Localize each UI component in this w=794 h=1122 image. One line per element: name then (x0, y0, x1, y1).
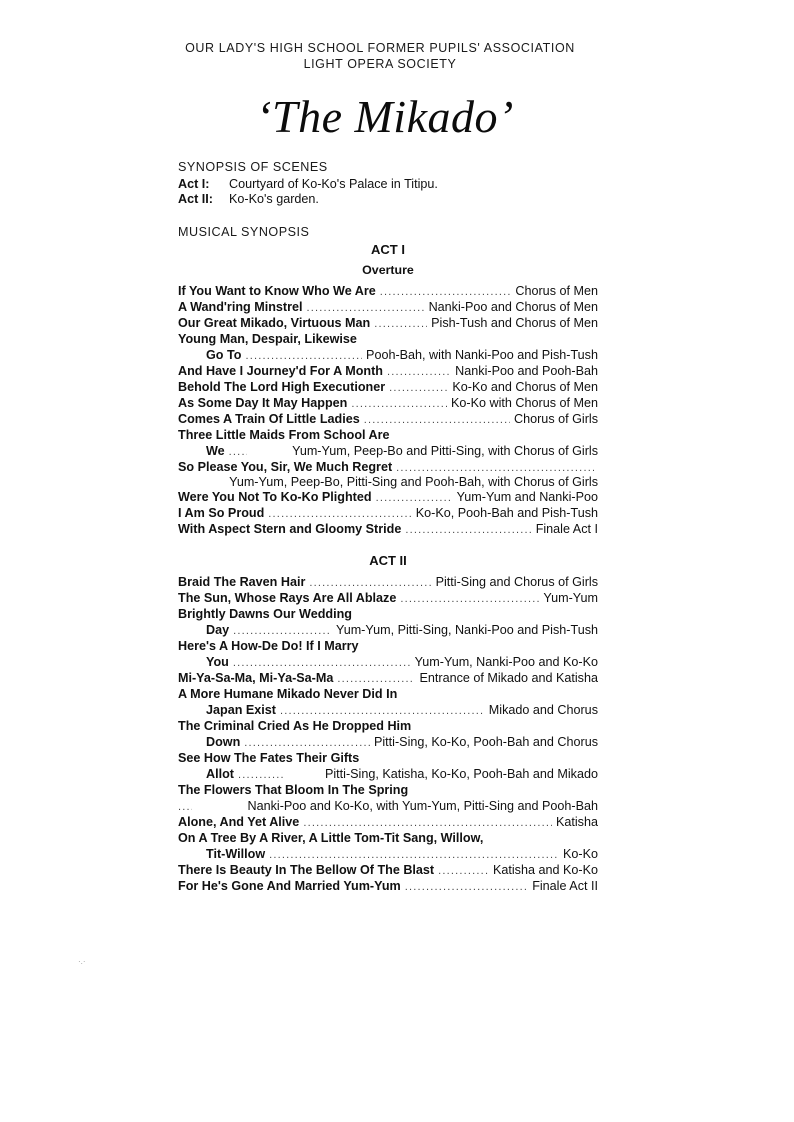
list-item: There Is Beauty In The Bellow Of The Bla… (178, 862, 598, 878)
leader-dots (229, 444, 247, 460)
organization-line-1: OUR LADY'S HIGH SCHOOL FORMER PUPILS' AS… (0, 41, 760, 55)
performers: Katisha and Ko-Ko (493, 862, 598, 878)
performers: Ko-Ko, Pooh-Bah and Pish-Tush (416, 505, 598, 521)
list-item-title-line: See How The Fates Their Gifts (178, 750, 598, 766)
song-title: The Sun, Whose Rays Are All Ablaze (178, 590, 396, 606)
performers: Nanki-Poo and Pooh-Bah (455, 363, 598, 379)
leader-dots (307, 300, 425, 316)
song-title: Brightly Dawns Our Wedding (178, 606, 352, 622)
song-title-continued: We (206, 443, 225, 459)
song-title: As Some Day It May Happen (178, 395, 347, 411)
leader-dots (387, 364, 451, 380)
leader-dots (396, 460, 594, 476)
song-title: A More Humane Mikado Never Did In (178, 686, 397, 702)
song-title-continued: Day (206, 622, 229, 638)
performers: Pish-Tush and Chorus of Men (431, 315, 598, 331)
list-item: Go ToPooh-Bah, with Nanki-Poo and Pish-T… (178, 347, 598, 363)
song-title-continued: Allot (206, 766, 234, 782)
performers: Pitti-Sing, Ko-Ko, Pooh-Bah and Chorus (374, 734, 598, 750)
song-title: A Wand'ring Minstrel (178, 299, 303, 315)
song-title: Were You Not To Ko-Ko Plighted (178, 489, 372, 505)
performers: Mikado and Chorus (489, 702, 598, 718)
list-item: Tit-WillowKo-Ko (178, 846, 598, 862)
leader-dots (233, 623, 332, 639)
list-item: Japan ExistMikado and Chorus (178, 702, 598, 718)
leader-dots (389, 380, 448, 396)
song-title: And Have I Journey'd For A Month (178, 363, 383, 379)
leader-dots (405, 522, 531, 538)
list-item: The Sun, Whose Rays Are All AblazeYum-Yu… (178, 590, 598, 606)
leader-dots (405, 879, 528, 895)
list-item: If You Want to Know Who We AreChorus of … (178, 283, 598, 299)
leader-dots (280, 703, 485, 719)
performers: Pooh-Bah, with Nanki-Poo and Pish-Tush (366, 347, 598, 363)
leader-dots (400, 591, 539, 607)
leader-dots (309, 575, 431, 591)
leader-dots (238, 767, 284, 783)
organization-line-2: LIGHT OPERA SOCIETY (0, 57, 760, 71)
performers: Yum-Yum, Nanki-Poo and Ko-Ko (415, 654, 598, 670)
song-title: Young Man, Despair, Likewise (178, 331, 357, 347)
song-title: Mi-Ya-Sa-Ma, Mi-Ya-Sa-Ma (178, 670, 333, 686)
scene-act-2: Act II:Ko-Ko's garden. (178, 192, 598, 206)
song-title: The Flowers That Bloom In The Spring (178, 782, 408, 798)
song-title-continued: Go To (206, 347, 241, 363)
list-item: As Some Day It May HappenKo-Ko with Chor… (178, 395, 598, 411)
song-title-continued: You (206, 654, 229, 670)
performers: Yum-Yum (543, 590, 598, 606)
list-item: YouYum-Yum, Nanki-Poo and Ko-Ko (178, 654, 598, 670)
list-item: I Am So ProudKo-Ko, Pooh-Bah and Pish-Tu… (178, 505, 598, 521)
scene-act-label: Act I: (178, 177, 229, 191)
song-title: Here's A How-De Do! If I Marry (178, 638, 359, 654)
song-title: See How The Fates Their Gifts (178, 750, 359, 766)
list-item: Behold The Lord High ExecutionerKo-Ko an… (178, 379, 598, 395)
leader-dots (374, 316, 427, 332)
leader-dots (233, 655, 411, 671)
scene-setting: Courtyard of Ko-Ko's Palace in Titipu. (229, 177, 438, 191)
performers: Katisha (556, 814, 598, 830)
list-item: Our Great Mikado, Virtuous ManPish-Tush … (178, 315, 598, 331)
page-title: ‘The Mikado’ (0, 90, 770, 143)
list-item: WeYum-Yum, Peep-Bo and Pitti-Sing, with … (178, 443, 598, 459)
list-item-title-line: Young Man, Despair, Likewise (178, 331, 598, 347)
leader-dots (178, 799, 192, 815)
leader-dots (244, 735, 370, 751)
leader-dots (351, 396, 447, 412)
programme-page: OUR LADY'S HIGH SCHOOL FORMER PUPILS' AS… (0, 0, 794, 1122)
act-2-numbers: Braid The Raven HairPitti-Sing and Choru… (178, 574, 598, 894)
list-item: A Wand'ring MinstrelNanki-Poo and Chorus… (178, 299, 598, 315)
musical-synopsis-heading: MUSICAL SYNOPSIS (178, 225, 598, 239)
leader-dots (303, 815, 552, 831)
song-title-continued: Japan Exist (206, 702, 276, 718)
song-title: For He's Gone And Married Yum-Yum (178, 878, 401, 894)
song-title: Behold The Lord High Executioner (178, 379, 385, 395)
song-title: So Please You, Sir, We Much Regret (178, 459, 392, 475)
performers: Nanki-Poo and Chorus of Men (429, 299, 598, 315)
list-item-title-line: Brightly Dawns Our Wedding (178, 606, 598, 622)
song-title: Our Great Mikado, Virtuous Man (178, 315, 370, 331)
performers: Chorus of Men (515, 283, 598, 299)
musical-synopsis: MUSICAL SYNOPSIS ACT I Overture If You W… (178, 225, 598, 894)
scene-act-1: Act I:Courtyard of Ko-Ko's Palace in Tit… (178, 177, 598, 191)
song-title: I Am So Proud (178, 505, 264, 521)
song-title-continued: Tit-Willow (206, 846, 265, 862)
act-1-heading: ACT I (178, 242, 598, 257)
scan-speck: ·.· (78, 957, 92, 963)
list-item: For He's Gone And Married Yum-YumFinale … (178, 878, 598, 894)
list-item: Comes A Train Of Little LadiesChorus of … (178, 411, 598, 427)
performers: Ko-Ko with Chorus of Men (451, 395, 598, 411)
list-item: So Please You, Sir, We Much Regret (178, 459, 598, 475)
performers: Pitti-Sing and Chorus of Girls (436, 574, 598, 590)
leader-dots (364, 412, 510, 428)
leader-dots (380, 284, 512, 300)
list-item-title-line: The Flowers That Bloom In The Spring (178, 782, 598, 798)
list-item: Braid The Raven HairPitti-Sing and Choru… (178, 574, 598, 590)
list-item-title-line: The Criminal Cried As He Dropped Him (178, 718, 598, 734)
scene-act-label: Act II: (178, 192, 229, 206)
list-item: And Have I Journey'd For A MonthNanki-Po… (178, 363, 598, 379)
performers: Finale Act II (532, 878, 598, 894)
song-title: The Criminal Cried As He Dropped Him (178, 718, 411, 734)
scene-setting: Ko-Ko's garden. (229, 192, 319, 206)
song-title-continued: Down (206, 734, 240, 750)
performers: Finale Act I (536, 521, 598, 537)
leader-dots (245, 348, 362, 364)
performers: Ko-Ko (563, 846, 598, 862)
leader-dots (438, 863, 489, 879)
performers: Nanki-Poo and Ko-Ko, with Yum-Yum, Pitti… (196, 798, 598, 814)
list-item: Mi-Ya-Sa-Ma, Mi-Ya-Sa-MaEntrance of Mika… (178, 670, 598, 686)
list-item-title-line: Here's A How-De Do! If I Marry (178, 638, 598, 654)
synopsis-of-scenes: SYNOPSIS OF SCENES Act I:Courtyard of Ko… (178, 160, 598, 206)
performers: Chorus of Girls (514, 411, 598, 427)
overture-heading: Overture (178, 263, 598, 277)
performers: Yum-Yum and Nanki-Poo (457, 489, 598, 505)
performers: Yum-Yum, Peep-Bo, Pitti-Sing and Pooh-Ba… (229, 475, 598, 489)
list-item: With Aspect Stern and Gloomy StrideFinal… (178, 521, 598, 537)
song-title: Three Little Maids From School Are (178, 427, 390, 443)
song-title: If You Want to Know Who We Are (178, 283, 376, 299)
list-item: DayYum-Yum, Pitti-Sing, Nanki-Poo and Pi… (178, 622, 598, 638)
list-item: DownPitti-Sing, Ko-Ko, Pooh-Bah and Chor… (178, 734, 598, 750)
list-item: Were You Not To Ko-Ko PlightedYum-Yum an… (178, 489, 598, 505)
leader-dots (337, 671, 415, 687)
performers: Yum-Yum, Peep-Bo and Pitti-Sing, with Ch… (251, 443, 598, 459)
list-item: AllotPitti-Sing, Katisha, Ko-Ko, Pooh-Ba… (178, 766, 598, 782)
performers: Pitti-Sing, Katisha, Ko-Ko, Pooh-Bah and… (288, 766, 598, 782)
leader-dots (269, 847, 559, 863)
leader-dots (376, 490, 453, 506)
song-title: With Aspect Stern and Gloomy Stride (178, 521, 401, 537)
leader-dots (268, 506, 411, 522)
song-title: Comes A Train Of Little Ladies (178, 411, 360, 427)
performers: Yum-Yum, Pitti-Sing, Nanki-Poo and Pish-… (336, 622, 598, 638)
song-title: On A Tree By A River, A Little Tom-Tit S… (178, 830, 483, 846)
list-item-title-line: Three Little Maids From School Are (178, 427, 598, 443)
performers: Entrance of Mikado and Katisha (419, 670, 598, 686)
list-item-title-line: On A Tree By A River, A Little Tom-Tit S… (178, 830, 598, 846)
song-title: Alone, And Yet Alive (178, 814, 299, 830)
performers: Ko-Ko and Chorus of Men (452, 379, 598, 395)
song-title: There Is Beauty In The Bellow Of The Bla… (178, 862, 434, 878)
list-item-performers-line: Yum-Yum, Peep-Bo, Pitti-Sing and Pooh-Ba… (178, 475, 598, 489)
list-item-title-line: A More Humane Mikado Never Did In (178, 686, 598, 702)
synopsis-of-scenes-heading: SYNOPSIS OF SCENES (178, 160, 598, 174)
act-1-numbers: If You Want to Know Who We AreChorus of … (178, 283, 598, 537)
list-item: Nanki-Poo and Ko-Ko, with Yum-Yum, Pitti… (178, 798, 598, 814)
song-title: Braid The Raven Hair (178, 574, 305, 590)
act-2-heading: ACT II (178, 553, 598, 568)
list-item: Alone, And Yet AliveKatisha (178, 814, 598, 830)
